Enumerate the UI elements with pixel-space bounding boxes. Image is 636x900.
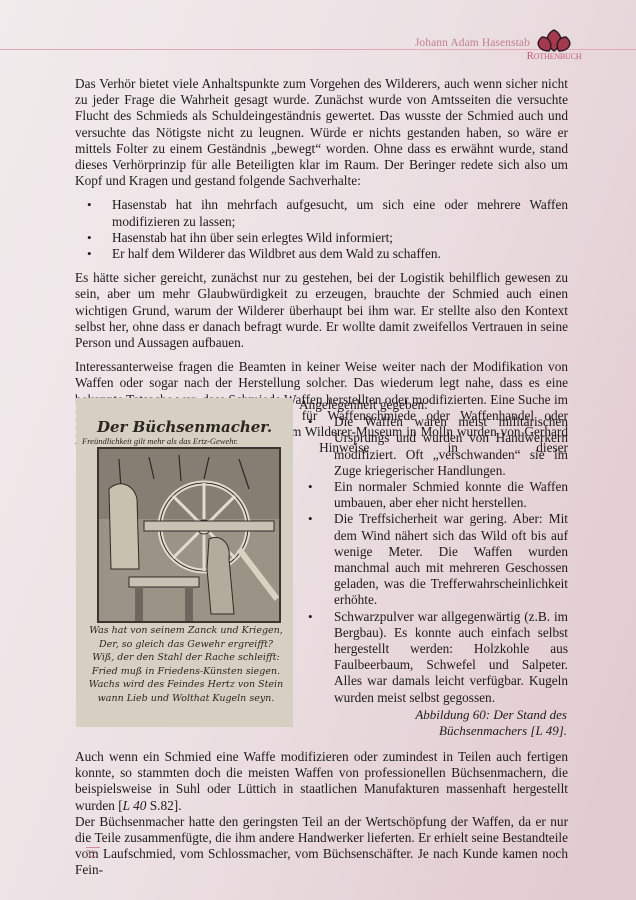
logo: Rothenbuch (514, 28, 594, 64)
paragraph: Es hätte sicher gereicht, zunächst nur z… (75, 270, 568, 351)
logo-text: Rothenbuch (514, 50, 594, 62)
header-author: Johann Adam Hasenstab (415, 37, 530, 49)
verse-line: Wachs wird des Feindes Hertz von Stein (86, 678, 286, 692)
bottom-text: Auch wenn ein Schmied eine Waffe modifiz… (75, 749, 568, 879)
list-item: Er half dem Wilderer das Wildbret aus de… (75, 246, 568, 262)
engraving-title: Der Büchsenmacher. (76, 418, 293, 436)
list-item: Die Waffen waren meist militärischen Urs… (296, 414, 568, 479)
verse-line: Der, so gleich das Gewehr ergreifft? (86, 638, 286, 652)
list-item: Schwarzpulver war allgegenwärtig (z.B. i… (296, 609, 568, 706)
figure-engraving: Der Büchsenmacher. Freündlichkeit gilt m… (76, 398, 293, 727)
paragraph: Der Büchsenmacher hatte den geringsten T… (75, 814, 568, 879)
list-item: Hasenstab hat ihn mehrfach aufgesucht, u… (75, 197, 568, 229)
engraving-subtitle: Freündlichkeit gilt mehr als das Ertz-Ge… (82, 436, 292, 446)
verse-line: wann Lieb und Wolthat Kugeln seyn. (86, 692, 286, 706)
list-item: Die Treffsicherheit war gering. Aber: Mi… (296, 511, 568, 608)
paragraph: Auch wenn ein Schmied eine Waffe modifiz… (75, 749, 568, 814)
verse-line: Wiß, der den Stahl der Rache schleifft: (86, 651, 286, 665)
list-item: Hasenstab hat ihn über sein erlegtes Wil… (75, 230, 568, 246)
bullet-list: Hasenstab hat ihn mehrfach aufgesucht, u… (75, 197, 568, 262)
paragraph: Das Verhör bietet viele Anhaltspunkte zu… (75, 76, 568, 189)
gunsmith-workshop-illustration (99, 449, 279, 621)
list-item: Ein normaler Schmied konnte die Waffen u… (296, 479, 568, 511)
verse-line: Was hat von seinem Zanck und Kriegen, (86, 624, 286, 638)
page-number-rule (86, 847, 100, 848)
figure-caption: Abbildung 60: Der Stand des Büchsenmache… (327, 707, 567, 739)
verse-line: Fried muß in Friedens-Künsten siegen. (86, 665, 286, 679)
three-leaf-logo-icon (522, 28, 586, 52)
paragraph-text: S.82]. (146, 798, 181, 813)
engraving-image (97, 447, 281, 623)
engraving-verse: Was hat von seinem Zanck und Kriegen, De… (86, 624, 286, 705)
paragraph: Angelegenheit gegeben: (299, 397, 568, 413)
page-number: 52 (86, 849, 96, 860)
side-text: Angelegenheit gegeben: Die Waffen waren … (296, 397, 568, 714)
reference: L 40 (123, 798, 147, 813)
bullet-list: Die Waffen waren meist militärischen Urs… (296, 414, 568, 706)
